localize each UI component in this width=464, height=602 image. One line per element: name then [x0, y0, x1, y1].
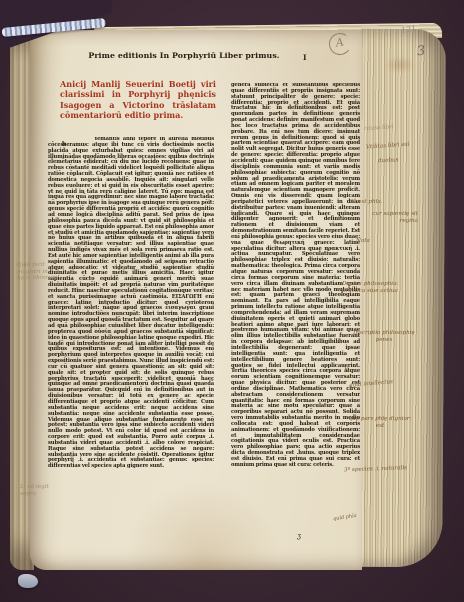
incipit-rubric: Anicij Manlij Seuerini Boetij viri clari…: [60, 79, 216, 120]
margin-note: Quid fecit magistri in hanc librorum: [17, 262, 61, 283]
running-header: Prime editionis In Porphyriū Liber primu…: [56, 51, 312, 60]
text-column-left: Yemantis anni tēpore in aurelia mōtibus …: [48, 137, 214, 527]
margin-note: cur sapientię sit regina: [354, 211, 418, 224]
text-column-right: genera subiecta et substantibus speciebu…: [231, 83, 360, 535]
pencil-number: 3: [416, 44, 426, 60]
margin-note: Duplex philosophia: practica siue actiua: [342, 281, 420, 294]
paragraph-mark: ʒ: [297, 532, 301, 540]
margin-note: Inscriptio philosophię penes: [348, 330, 420, 343]
margin-note: Nota: [356, 238, 396, 245]
margin-note: K·: [344, 366, 374, 374]
margin-note: 2° est phīa.: [350, 199, 410, 206]
fore-edge-page-stack: [356, 29, 446, 568]
ink-smudge: [384, 56, 416, 74]
photo-backdrop: Prime editionis In Porphyriū Liber primu…: [0, 0, 464, 602]
margin-note: L. nō legit supra: [20, 484, 62, 497]
margin-note: qua pars phīę dignior: est: [344, 416, 416, 429]
endband-tuft: [18, 574, 38, 588]
folio-number: I: [303, 53, 307, 62]
